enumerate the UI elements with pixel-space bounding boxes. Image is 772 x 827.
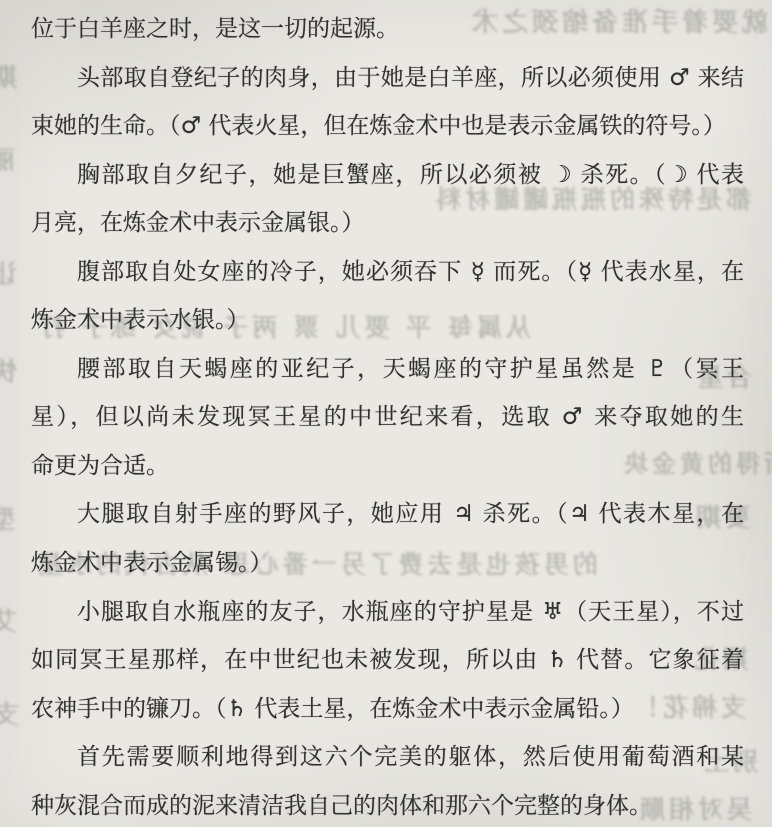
text-line: 如同冥王星那样，在中世纪也未被发现，所以由 ♄ 代替。它象征着 [31, 636, 744, 685]
bleedthrough-text: 快 [0, 352, 17, 388]
bleedthrough-text: 艾 [0, 602, 17, 638]
text-line: 大腿取自射手座的野风子，她应用 ♃ 杀死。（♃ 代表木星，在 [31, 490, 744, 539]
text-line: 位于白羊座之时，是这一切的起源。 [31, 5, 744, 54]
bleedthrough-text: 期 [0, 58, 17, 94]
bleedthrough-text: 丽 [0, 140, 15, 176]
text-line: 农神手中的镰刀。（♄ 代表土星，在炼金术中表示金属铅。） [31, 685, 744, 734]
text-line: 胸部取自夕纪子，她是巨蟹座，所以必须被 ☽ 杀死。（☽ 代表 [31, 151, 744, 200]
page-text: 位于白羊座之时，是这一切的起源。头部取自登纪子的肉身，由于她是白羊座，所以必须使… [31, 5, 744, 827]
paragraph: 小腿取自水瓶座的友子，水瓶座的守护星是 ♅（天王星），不过如同冥王星那样，在中世… [31, 588, 744, 734]
paragraph: 位于白羊座之时，是这一切的起源。 [31, 5, 744, 54]
bleedthrough-text: 让 [0, 255, 17, 291]
text-line: 炼金术中表示水银。） [31, 296, 744, 345]
text-line: 小腿取自水瓶座的友子，水瓶座的守护星是 ♅（天王星），不过 [31, 588, 744, 637]
bleedthrough-text: 型 [0, 500, 15, 536]
text-line: 命更为合适。 [31, 442, 744, 491]
text-line: 腰部取自天蝎座的亚纪子，天蝎座的守护星虽然是 ♇（冥王 [31, 345, 744, 394]
text-line: 束她的生命。（♂ 代表火星，但在炼金术中也是表示金属铁的符号。） [31, 102, 744, 151]
text-line: 星），但以尚未发现冥王星的中世纪来看，选取 ♂ 来夺取她的生 [31, 393, 744, 442]
text-line: 月亮，在炼金术中表示金属银。） [31, 199, 744, 248]
paragraph: 头部取自登纪子的肉身，由于她是白羊座，所以必须使用 ♂ 来结束她的生命。（♂ 代… [31, 54, 744, 151]
text-line: 种灰混合而成的泥来清洁我自己的肉体和那六个完整的身体。 [31, 782, 744, 827]
bleedthrough-text: 支 [0, 695, 19, 731]
book-page: 然后就要着手准备缩颈之术都是特殊的瓶瓶罐罐材料从属每 平 要儿 票 两子 说女 … [0, 0, 772, 827]
paragraph: 大腿取自射手座的野风子，她应用 ♃ 杀死。（♃ 代表木星，在炼金术中表示金属锡。… [31, 490, 744, 587]
paragraph: 首先需要顺利地得到这六个完美的躯体，然后使用葡萄酒和某种灰混合而成的泥来清洁我自… [31, 733, 744, 827]
paragraph: 腰部取自天蝎座的亚纪子，天蝎座的守护星虽然是 ♇（冥王星），但以尚未发现冥王星的… [31, 345, 744, 491]
text-line: 头部取自登纪子的肉身，由于她是白羊座，所以必须使用 ♂ 来结 [31, 54, 744, 103]
text-line: 炼金术中表示金属锡。） [31, 539, 744, 588]
paragraph: 胸部取自夕纪子，她是巨蟹座，所以必须被 ☽ 杀死。（☽ 代表月亮，在炼金术中表示… [31, 151, 744, 248]
paragraph: 腹部取自处女座的冷子，她必须吞下 ☿ 而死。（☿ 代表水星，在炼金术中表示水银。… [31, 248, 744, 345]
text-line: 首先需要顺利地得到这六个完美的躯体，然后使用葡萄酒和某 [31, 733, 744, 782]
text-line: 腹部取自处女座的冷子，她必须吞下 ☿ 而死。（☿ 代表水星，在 [31, 248, 744, 297]
